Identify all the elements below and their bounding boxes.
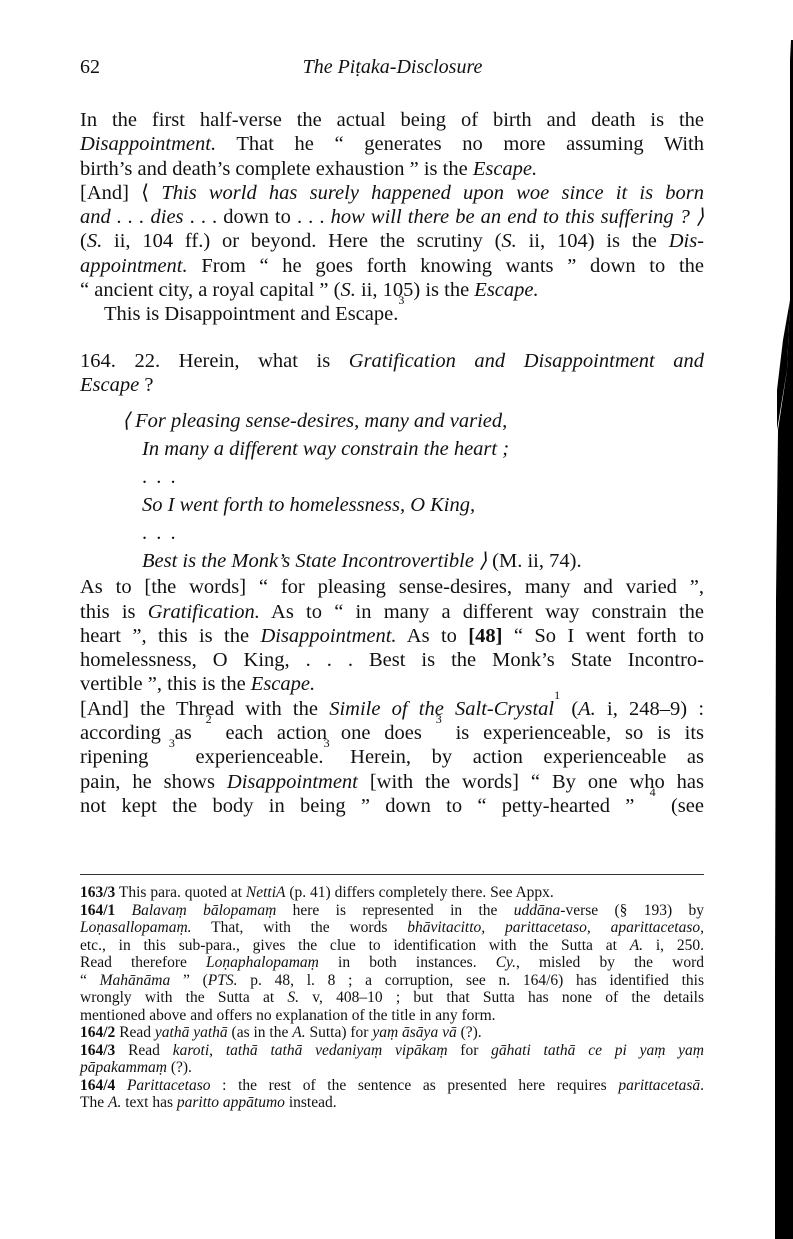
text-line: ripening 3 experienceable.3 Herein, by a…: [80, 745, 704, 769]
footnote-marker[interactable]: 3: [169, 736, 175, 750]
verse-quotation: ⟨ For pleasing sense-desires, many and v…: [80, 407, 704, 575]
paragraph-1: In the first half-verse the actual being…: [80, 108, 704, 327]
text-line: Escape ?: [80, 373, 704, 397]
paragraph-3: [And] the Thread with the Simile of the …: [80, 697, 704, 818]
footnote-164-2: 164/2 Read yathā yathā (as in the A. Sut…: [80, 1024, 704, 1042]
footnote-divider: [80, 874, 704, 875]
text-line: “ ancient city, a royal capital ” (S. ii…: [80, 278, 704, 302]
footnotes: 163/3 This para. quoted at NettiA (p. 41…: [80, 884, 704, 1112]
footnote-line: etc., in this sub-para., gives the clue …: [80, 937, 704, 955]
body-text: In the first half-verse the actual being…: [80, 108, 704, 818]
footnote-ref: 164/4: [80, 1077, 115, 1094]
verse-line: So I went forth to homelessness, O King,: [142, 491, 704, 519]
footnote-marker[interactable]: 4: [650, 785, 656, 799]
footnote-line: Read therefore Loṇaphalopamaṃ in both in…: [80, 954, 704, 972]
running-title: The Piṭaka-Disclosure: [80, 56, 705, 79]
footnote-marker[interactable]: 2: [206, 712, 212, 726]
footnote-line: The A. text has paritto appātumo instead…: [80, 1094, 704, 1112]
verse-ellipsis: . . .: [142, 519, 704, 547]
footnote-ref: 164/1: [80, 902, 115, 919]
text-line: (S. ii, 104 ff.) or beyond. Here the scr…: [80, 229, 704, 253]
paragraph-2: As to [the words] “ for pleasing sense-d…: [80, 575, 704, 696]
text-line: heart ”, this is the Disappointment. As …: [80, 624, 704, 648]
footnote-line: Loṇasallopamaṃ. That, with the words bhā…: [80, 919, 704, 937]
text-line: and . . . dies . . . down to . . . how w…: [80, 205, 704, 229]
footnote-line: wrongly with the Sutta at S. v, 408–10 ;…: [80, 989, 704, 1007]
verse-line: ⟨ For pleasing sense-desires, many and v…: [122, 407, 704, 435]
footnote-164-3: 164/3 Read karoti, tathā tathā vedaniyaṃ…: [80, 1042, 704, 1060]
text-line: vertible ”, this is the Escape.: [80, 672, 704, 696]
footnote-marker[interactable]: 3: [398, 293, 404, 307]
footnote-ref: 164/2: [80, 1024, 115, 1041]
verse-line: Best is the Monk’s State Incontrovertibl…: [142, 547, 704, 575]
footnote-line: mentioned above and offers no explanatio…: [80, 1007, 704, 1025]
running-head: 62 The Piṭaka-Disclosure: [80, 56, 705, 84]
book-page: 62 The Piṭaka-Disclosure In the first ha…: [0, 0, 793, 1239]
text-line: Disappointment. That he “ generates no m…: [80, 132, 704, 156]
text-line: [And] the Thread with the Simile of the …: [80, 697, 704, 721]
text-line: [And] ⟨ This world has surely happened u…: [80, 181, 704, 205]
page-reference: [48]: [468, 625, 502, 647]
text-line: This is Disappointment and Escape.3: [80, 302, 704, 326]
scan-edge-shadow: [773, 0, 793, 1239]
footnote-marker[interactable]: 3: [324, 736, 330, 750]
text-line: homelessness, O King, . . . Best is the …: [80, 648, 704, 672]
section-164-heading: 164. 22. Herein, what is Gratification a…: [80, 349, 704, 398]
footnote-ref: 164/3: [80, 1042, 115, 1059]
citation: (M. ii, 74).: [487, 550, 582, 572]
footnote-164-1: 164/1 Balavaṃ bālopamaṃ here is represen…: [80, 902, 704, 920]
text-line: birth’s and death’s complete exhaustion …: [80, 157, 704, 181]
text-line: appointment. From “ he goes forth knowin…: [80, 254, 704, 278]
text-line: In the first half-verse the actual being…: [80, 108, 704, 132]
footnote-163-3: 163/3 This para. quoted at NettiA (p. 41…: [80, 884, 704, 902]
footnote-marker[interactable]: 3: [436, 712, 442, 726]
footnote-ref: 163/3: [80, 884, 115, 901]
footnote-line: “ Mahānāma ” (PTS. p. 48, l. 8 ; a corru…: [80, 972, 704, 990]
footnote-marker[interactable]: 1: [554, 688, 560, 702]
footnote-line: pāpakammaṃ (?).: [80, 1059, 704, 1077]
text-line: pain, he shows Disappointment [with the …: [80, 770, 704, 794]
verse-line: In many a different way constrain the he…: [142, 435, 704, 463]
text-line: As to [the words] “ for pleasing sense-d…: [80, 575, 704, 599]
text-line: 164. 22. Herein, what is Gratification a…: [80, 349, 704, 373]
verse-ellipsis: . . .: [142, 463, 704, 491]
text-line: this is Gratification. As to “ in many a…: [80, 600, 704, 624]
text-line: not kept the body in being ” down to “ p…: [80, 794, 704, 818]
footnote-164-4: 164/4 Parittacetaso : the rest of the se…: [80, 1077, 704, 1095]
